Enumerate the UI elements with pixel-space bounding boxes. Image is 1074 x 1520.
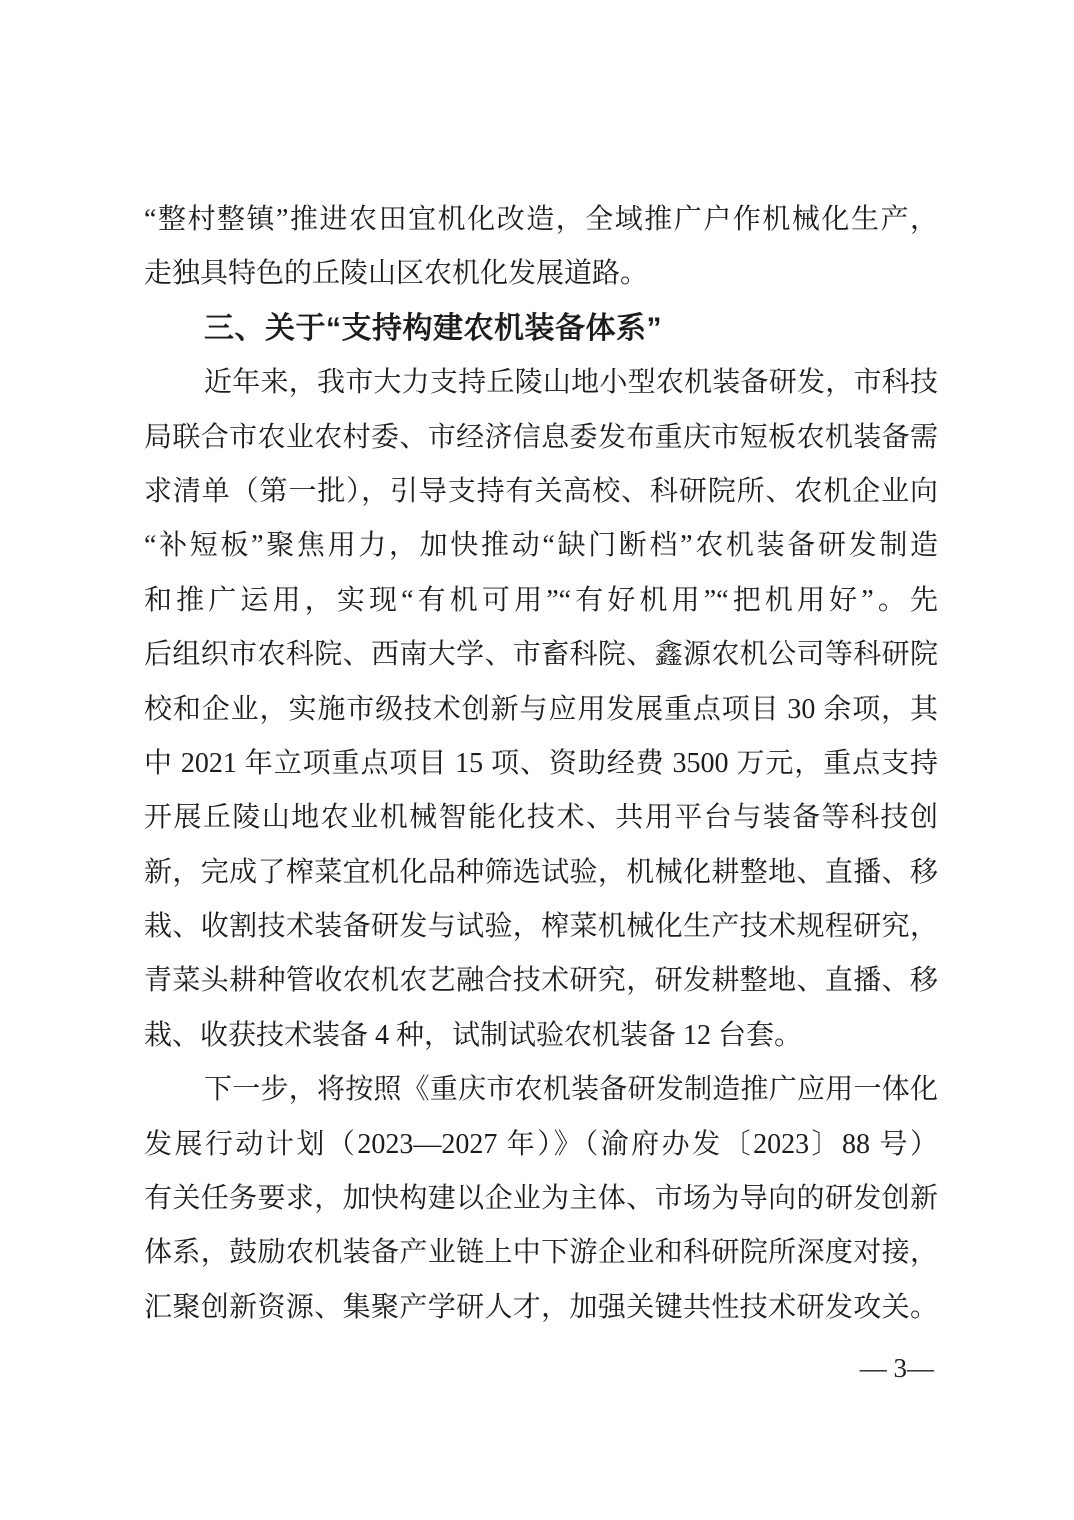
text-line: “整村整镇”推进农田宜机化改造，全域推广户作机械化生产， — [144, 193, 938, 247]
text-line: 求清单（第一批），引导支持有关高校、科研院所、农机企业向 — [144, 465, 938, 519]
text-line: 校和企业，实施市级技术创新与应用发展重点项目 30 余项，其 — [144, 683, 938, 737]
document-body: “整村整镇”推进农田宜机化改造，全域推广户作机械化生产， 走独具特色的丘陵山区农… — [144, 193, 938, 1335]
text-line: 局联合市农业农村委、市经济信息委发布重庆市短板农机装备需 — [144, 411, 938, 465]
text-line: 栽、收割技术装备研发与试验，榨菜机械化生产技术规程研究， — [144, 900, 938, 954]
text-line: 汇聚创新资源、集聚产学研人才，加强关键共性技术研发攻关。 — [144, 1281, 938, 1335]
text-line: “补短板”聚焦用力，加快推动“缺门断档”农机装备研发制造 — [144, 519, 938, 573]
text-line: 体系，鼓励农机装备产业链上中下游企业和科研院所深度对接， — [144, 1226, 938, 1280]
text-line: 中 2021 年立项重点项目 15 项、资助经费 3500 万元，重点支持 — [144, 737, 938, 791]
document-page: “整村整镇”推进农田宜机化改造，全域推广户作机械化生产， 走独具特色的丘陵山区农… — [0, 0, 1074, 1520]
text-line: 发展行动计划（2023—2027 年）》（渝府办发〔2023〕88 号） — [144, 1118, 938, 1172]
text-line: 栽、收获技术装备 4 种，试制试验农机装备 12 台套。 — [144, 1009, 938, 1063]
text-line: 走独具特色的丘陵山区农机化发展道路。 — [144, 247, 938, 301]
text-line: 有关任务要求，加快构建以企业为主体、市场为导向的研发创新 — [144, 1172, 938, 1226]
section-heading: 三、关于“支持构建农机装备体系” — [144, 302, 938, 356]
page-number: — 3— — [860, 1348, 934, 1388]
text-line: 开展丘陵山地农业机械智能化技术、共用平台与装备等科技创 — [144, 791, 938, 845]
text-line: 青菜头耕种管收农机农艺融合技术研究，研发耕整地、直播、移 — [144, 954, 938, 1008]
text-line: 和推广运用，实现“有机可用”“有好机用”“把机用好”。先 — [144, 574, 938, 628]
text-line: 下一步，将按照《重庆市农机装备研发制造推广应用一体化 — [144, 1063, 938, 1117]
text-line: 新，完成了榨菜宜机化品种筛选试验，机械化耕整地、直播、移 — [144, 846, 938, 900]
text-line: 近年来，我市大力支持丘陵山地小型农机装备研发，市科技 — [144, 356, 938, 410]
text-line: 后组织市农科院、西南大学、市畜科院、鑫源农机公司等科研院 — [144, 628, 938, 682]
